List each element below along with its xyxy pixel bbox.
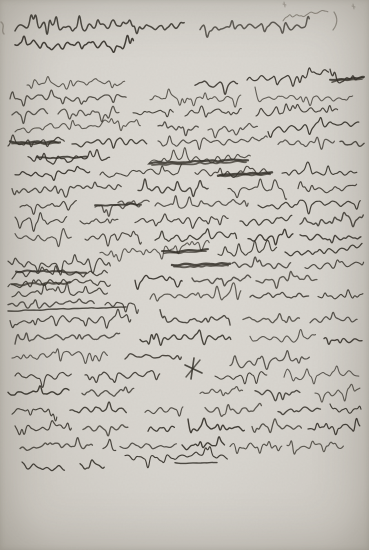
paper-grain: [0, 0, 369, 550]
handwriting-layer: [0, 0, 369, 550]
manuscript-scan: Handwritten manuscript page (scanned): [0, 0, 369, 550]
